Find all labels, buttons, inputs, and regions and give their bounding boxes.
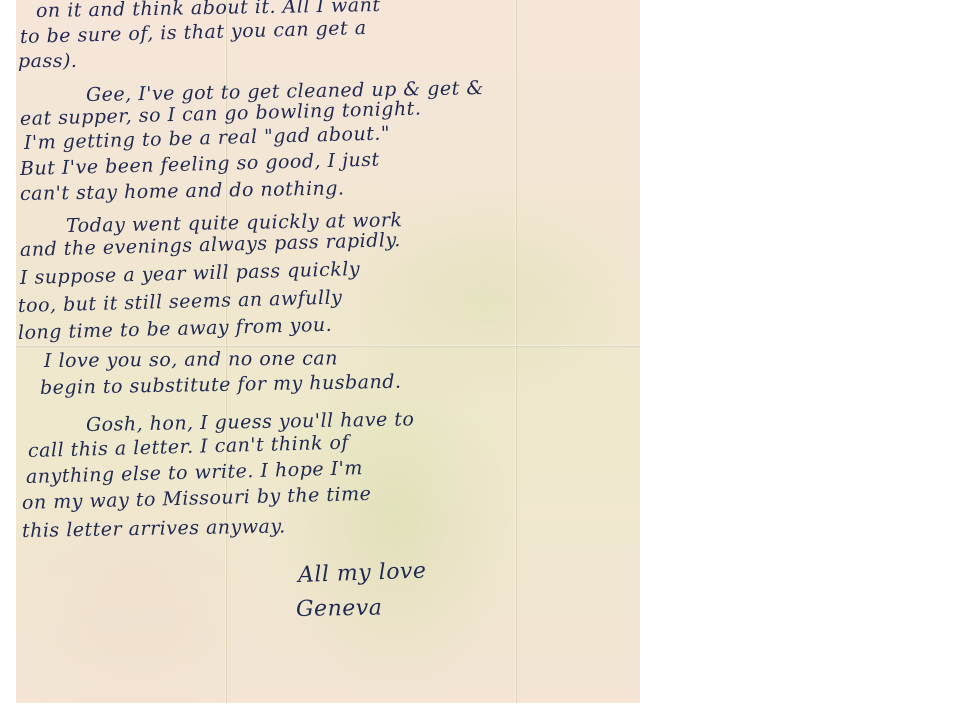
letter-line: But I've been feeling so good, I just bbox=[20, 149, 380, 180]
letter-line: Gosh, hon, I guess you'll have to bbox=[86, 408, 415, 436]
letter-line: can't stay home and do nothing. bbox=[20, 177, 345, 205]
letter-line: pass). bbox=[18, 50, 77, 72]
letter-line: too, but it still seems an awfully bbox=[18, 287, 343, 317]
letter-line: this letter arrives anyway. bbox=[22, 515, 286, 542]
letter-line: to be sure of, is that you can get a bbox=[20, 17, 367, 48]
letter-line: on my way to Missouri by the time bbox=[22, 483, 372, 514]
vertical-fold-crease bbox=[515, 0, 518, 703]
letter-line: long time to be away from you. bbox=[18, 314, 333, 344]
letter-line: anything else to write. I hope I'm bbox=[26, 457, 363, 488]
letter-line: I suppose a year will pass quickly bbox=[20, 258, 361, 289]
letter-line: begin to substitute for my husband. bbox=[40, 371, 402, 399]
letter-page: on it and think about it. All I want to … bbox=[16, 0, 640, 703]
letter-line: call this a letter. I can't think of bbox=[28, 432, 350, 462]
letter-line: I love you so, and no one can bbox=[44, 347, 338, 372]
signature: Geneva bbox=[296, 595, 383, 622]
closing-text: All my love bbox=[298, 559, 427, 588]
